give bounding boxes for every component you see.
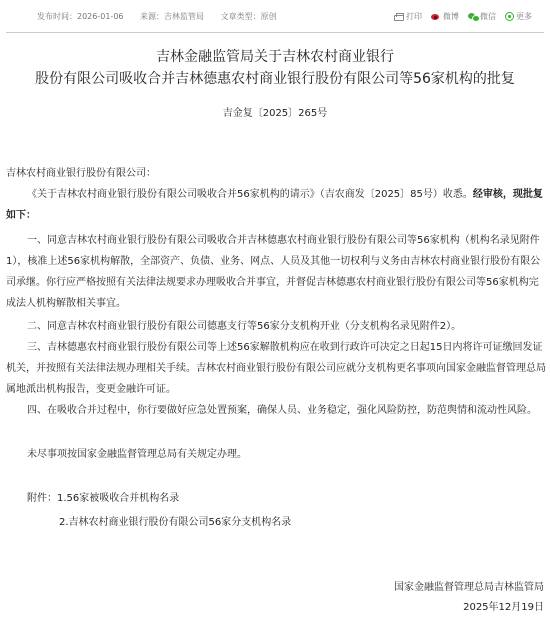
publish-time-value: 2026-01-06 [77, 12, 124, 21]
more-icon [505, 12, 514, 21]
share-more-button[interactable]: 更多 [505, 11, 532, 22]
printer-icon [394, 15, 404, 21]
attachment-2: 2.吉林农村商业银行股份有限公司56家分支机构名录 [59, 513, 291, 528]
intro-paragraph: 《关于吉林农村商业银行股份有限公司吸收合并56家机构的请示》（吉农商发〔2025… [6, 184, 546, 226]
weibo-icon [431, 12, 441, 21]
intro-text: 《关于吉林农村商业银行股份有限公司吸收合并56家机构的请示》（吉农商发〔2025… [27, 189, 473, 200]
more-label: 更多 [516, 11, 532, 22]
signature-date: 2025年12月19日 [463, 598, 544, 613]
paragraph-3: 三、吉林德惠农村商业银行股份有限公司等上述56家解散机构应在收到行政许可决定之日… [6, 337, 546, 400]
attachment-1-text: 1.56家被吸收合并机构名录 [57, 493, 179, 504]
publish-time-label: 发布时间： [37, 12, 77, 21]
weibo-label: 微博 [443, 11, 459, 22]
paragraph-5: 未尽事项按国家金融监督管理总局有关规定办理。 [6, 444, 546, 465]
article-type-value: 原创 [261, 12, 277, 21]
header-divider [6, 32, 544, 33]
share-toolbar: 打印 微博 微信 更多 [394, 11, 532, 22]
wechat-icon [468, 12, 478, 21]
paragraph-2: 二、同意吉林农村商业银行股份有限公司德惠支行等56家分支机构开业（分支机构名录见… [6, 316, 546, 337]
addressee: 吉林农村商业银行股份有限公司： [6, 163, 546, 184]
source-label: 来源： [140, 12, 164, 21]
attachments-label: 附件： [27, 493, 57, 504]
document-title-line2: 股份有限公司吸收合并吉林德惠农村商业银行股份有限公司等56家机构的批复 [0, 68, 550, 88]
document-number: 吉金复〔2025〕265号 [0, 104, 550, 119]
article-meta-bar: 发布时间：2026-01-06 来源：吉林监管局 文章类型：原创 打印 微博 微… [0, 0, 550, 33]
paragraph-1: 一、同意吉林农村商业银行股份有限公司吸收合并吉林德惠农村商业银行股份有限公司等5… [6, 230, 546, 314]
print-button[interactable]: 打印 [394, 11, 422, 22]
paragraph-4: 四、在吸收合并过程中，你行要做好应急处置预案，确保人员、业务稳定，强化风险防控，… [6, 400, 546, 421]
share-weibo-button[interactable]: 微博 [431, 11, 459, 22]
source: 来源：吉林监管局 [140, 12, 204, 21]
attachment-1: 附件：1.56家被吸收合并机构名录 [27, 489, 179, 504]
publish-time: 发布时间：2026-01-06 [37, 12, 124, 21]
signature-organization: 国家金融监督管理总局吉林监管局 [394, 578, 544, 593]
source-value: 吉林监管局 [164, 12, 204, 21]
print-label: 打印 [406, 11, 422, 22]
article-type: 文章类型：原创 [221, 12, 277, 21]
document-title-line1: 吉林金融监管局关于吉林农村商业银行 [0, 46, 550, 66]
article-type-label: 文章类型： [221, 12, 261, 21]
wechat-label: 微信 [480, 11, 496, 22]
share-wechat-button[interactable]: 微信 [468, 11, 496, 22]
article-meta: 发布时间：2026-01-06 来源：吉林监管局 文章类型：原创 [37, 11, 291, 22]
